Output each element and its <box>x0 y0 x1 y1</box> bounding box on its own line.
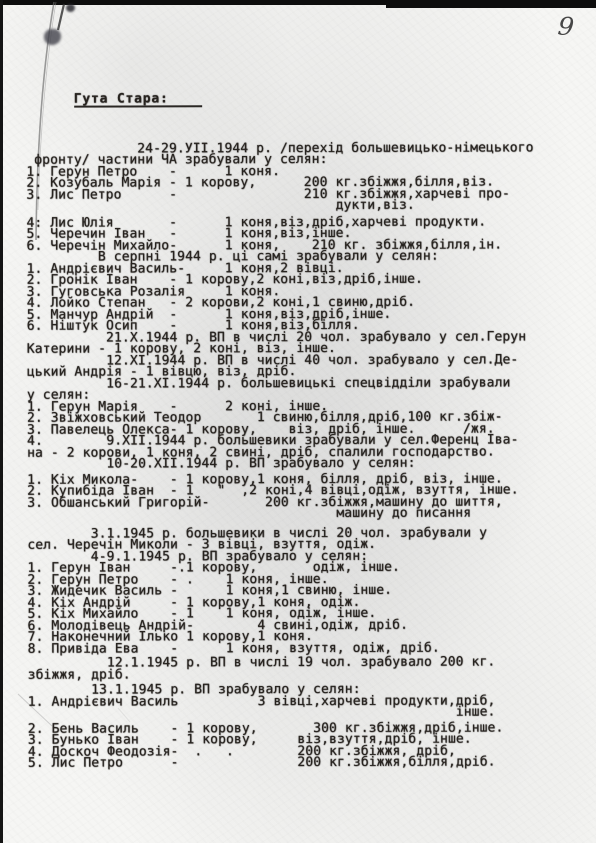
document-line: 16-21.XI.1944 р. большевицькі спецвідділ… <box>27 377 590 390</box>
page-number: 9 <box>557 11 576 42</box>
document-lines: 24-29.УІІ.1944 р. /перехід большевицько-… <box>26 142 591 769</box>
document-heading-row: Гута Стара: <box>26 80 589 120</box>
document-line: інше. <box>28 706 591 719</box>
document-line: машину до писання <box>27 507 590 520</box>
document-body: Гута Стара: 24-29.УІІ.1944 р. /перехід б… <box>26 57 591 792</box>
document-line: 8. Привіда Ева - 1 коня, взуття, одіж, д… <box>28 642 591 655</box>
ink-speck <box>66 4 75 12</box>
ink-blot <box>44 29 61 45</box>
document-line: 10-20.XII.1944 р. ВП зрабувало у селян: <box>27 457 590 470</box>
document-heading: Гута Стара: <box>74 93 203 108</box>
scan-edge-top <box>0 0 596 5</box>
scan-edge-left <box>0 0 3 843</box>
document-line: 5. Лис Петро - 200 кг.збіжжя,білля,дріб. <box>28 756 591 769</box>
scanned-page: 9 Гута Стара: 24-29.УІІ.1944 р. /перехід… <box>0 0 596 843</box>
